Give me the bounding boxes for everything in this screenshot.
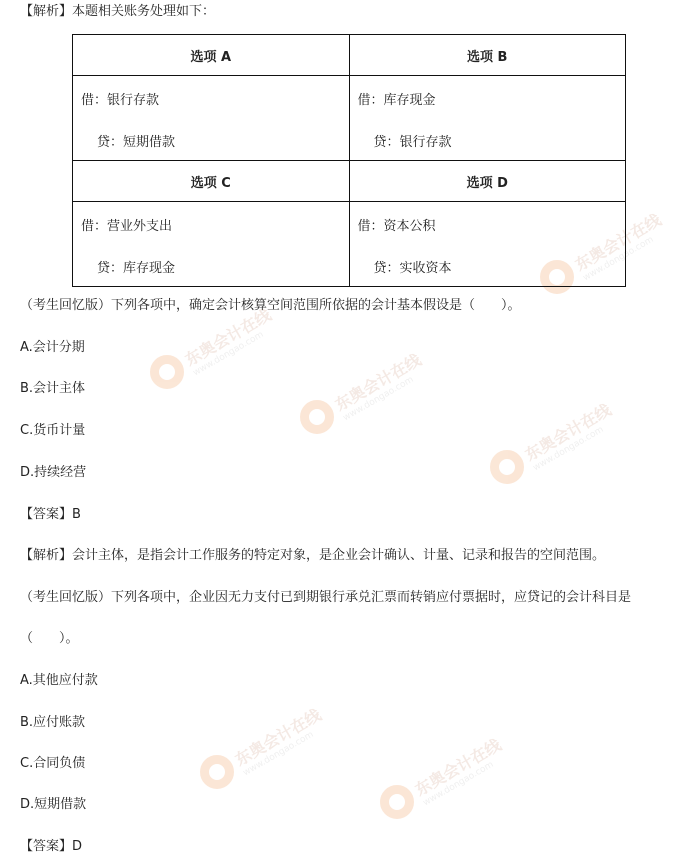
q2-answer: 【答案】D [20,838,82,856]
option-a-entry: 借：银行存款 贷：短期借款 [73,76,350,161]
credit-line: 贷：短期借款 [97,131,175,150]
intro-text: 【解析】本题相关账务处理如下： [20,3,215,21]
question-1-text: （考生回忆版）下列各项中，确定会计核算空间范围所依据的会计基本假设是（ ）。 [20,297,521,315]
question-2-text: （考生回忆版）下列各项中，企业因无力支付已到期银行承兑汇票而转销应付票据时，应贷… [20,589,631,607]
option-c-header: 选项 C [73,161,350,202]
watermark-logo-icon [150,355,184,389]
option-b-entry: 借：库存现金 贷：银行存款 [349,76,626,161]
credit-line: 贷：银行存款 [374,131,452,150]
q1-choice-b: B.会计主体 [20,380,85,398]
watermark-logo-icon [380,785,414,819]
credit-line: 贷：实收资本 [374,257,452,276]
q2-choice-b: B.应付账款 [20,714,85,732]
debit-line: 借：银行存款 [81,89,159,108]
q1-choice-c: C.货币计量 [20,422,85,440]
option-d-header: 选项 D [349,161,626,202]
option-b-header: 选项 B [349,35,626,76]
q1-answer: 【答案】B [20,506,81,524]
q2-choice-a: A.其他应付款 [20,672,98,690]
q2-choice-c: C.合同负债 [20,755,85,773]
debit-line: 借：营业外支出 [81,215,172,234]
option-d-entry: 借：资本公积 贷：实收资本 [349,202,626,287]
credit-line: 贷：库存现金 [97,257,175,276]
debit-line: 借：库存现金 [358,89,436,108]
q1-choice-d: D.持续经营 [20,464,86,482]
watermark-logo-icon [300,400,334,434]
watermark-logo-icon [200,755,234,789]
q1-analysis: 【解析】会计主体，是指会计工作服务的特定对象，是企业会计确认、计量、记录和报告的… [20,547,605,565]
question-2-blank: （ ）。 [20,630,79,648]
q1-choice-a: A.会计分期 [20,339,85,357]
option-c-entry: 借：营业外支出 贷：库存现金 [73,202,350,287]
debit-line: 借：资本公积 [358,215,436,234]
journal-entries-table: 选项 A 选项 B 借：银行存款 贷：短期借款 借：库存现金 贷：银行存款 选项… [72,34,626,287]
option-a-header: 选项 A [73,35,350,76]
q2-choice-d: D.短期借款 [20,796,86,814]
watermark-logo-icon [490,450,524,484]
